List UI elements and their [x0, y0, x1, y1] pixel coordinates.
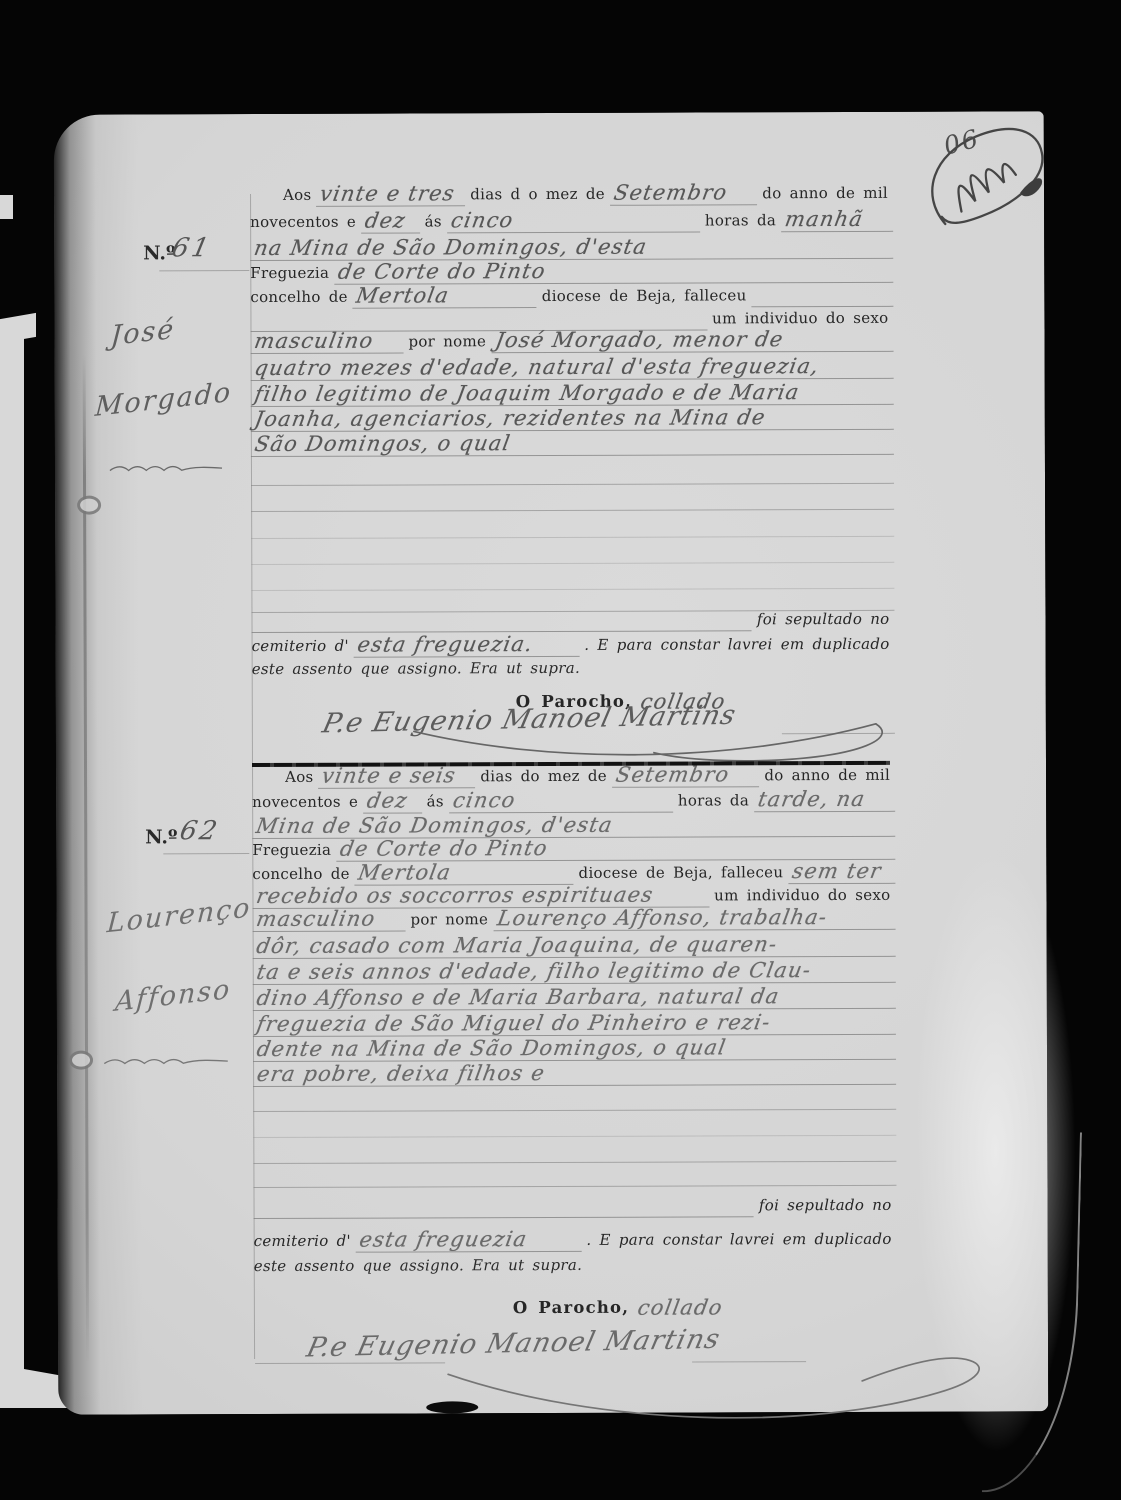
- entry-line-cemiterio: cemiterio d' esta freguezia. . E para co…: [252, 630, 895, 658]
- facing-page-edge: [0, 338, 24, 1406]
- facing-page-fragment: [0, 195, 13, 219]
- margin-squiggle: [107, 462, 225, 474]
- entry-line-sepultado: foi sepultado no: [251, 605, 894, 633]
- entry-line-hour: novecentos e dez ás cinco horas da tarde…: [252, 786, 895, 814]
- printed-label-novecentos: novecentos e: [252, 793, 363, 814]
- handwritten-text: ta e seis annos d'edade, filho legitimo …: [253, 959, 896, 985]
- printed-label-cemiterio: cemiterio d': [254, 1232, 356, 1253]
- handwritten-period: tarde, na: [754, 788, 895, 812]
- handwritten-month: Setembro: [612, 763, 759, 788]
- handwritten-text: dente na Mina de São Domingos, o qual: [253, 1036, 896, 1062]
- blank-rule: [251, 483, 894, 486]
- printed-label-sepultado: foi sepultado no: [754, 1196, 897, 1217]
- entry-body-line: quatro mezes d'edade, natural d'esta fre…: [251, 353, 894, 381]
- entry-line-parocho: O Parocho, collado: [513, 1293, 813, 1320]
- entry-body-line: filho legitimo de Joaquim Morgado e de M…: [251, 379, 894, 407]
- entry-body-line: São Domingos, o qual: [251, 429, 894, 457]
- margin-deceased-first-name: José: [110, 314, 177, 352]
- handwritten-sex: masculino: [253, 908, 406, 933]
- entry-body-line: ta e seis annos d'edade, filho legitimo …: [253, 957, 896, 985]
- entry-body-line: dôr, casado com Maria Joaquina, de quare…: [253, 931, 896, 959]
- printed-label-assento: este assento que assigno. Era ut supra.: [252, 659, 580, 678]
- handwritten-text: filho legitimo de Joaquim Morgado e de M…: [251, 381, 894, 407]
- entry-body-line: era pobre, deixa filhos e: [253, 1059, 896, 1087]
- handwritten-text: dôr, casado com Maria Joaquina, de quare…: [253, 933, 896, 959]
- handwritten-deceased-name: José Morgado, menor de: [491, 328, 893, 353]
- handwritten-cemetery: esta freguezia: [356, 1228, 581, 1253]
- archivist-rubric-signature: [910, 117, 1060, 233]
- blank-rule: [253, 1135, 896, 1138]
- handwritten-day: vinte e tres: [316, 182, 465, 207]
- handwritten-deceased-name: Lourenço Affonso, trabalha-: [493, 906, 895, 931]
- printed-label-as: ás: [422, 792, 449, 813]
- blank-rule: [253, 1185, 896, 1188]
- printed-label-as: ás: [420, 212, 447, 233]
- entry-line-cemiterio: cemiterio d' esta freguezia . E para con…: [254, 1225, 897, 1253]
- handwritten-month: Setembro: [610, 181, 757, 206]
- printed-label-constar: . E para constar lavrei em duplicado: [581, 1230, 896, 1252]
- printed-label-anno: do anno de mil: [757, 184, 893, 205]
- entry-number-value: 61: [169, 233, 214, 263]
- margin-deceased-first-name: Lourenço: [106, 892, 252, 939]
- entry-body-line: dente na Mina de São Domingos, o qual: [253, 1034, 896, 1062]
- blank-rule: [253, 1109, 896, 1112]
- handwritten-day: vinte e seis: [318, 764, 475, 789]
- entry-number-rule: [159, 270, 249, 271]
- printed-label-cemiterio: cemiterio d': [252, 637, 354, 658]
- margin-squiggle: [101, 1055, 231, 1067]
- entry-line-date: Aos vinte e seis dias do mez de Setembro…: [285, 761, 895, 789]
- printed-label-dias: dias do mez de: [475, 767, 612, 788]
- printed-label-dias: dias d o mez de: [465, 185, 610, 207]
- handwritten-hour: cinco: [447, 208, 700, 233]
- entry-body-line: Joanha, agenciarios, rezidentes na Mina …: [251, 404, 894, 432]
- blank-rule: [253, 1161, 896, 1164]
- signature-rule: [255, 1362, 445, 1364]
- printed-label-parocho: O Parocho,: [513, 1298, 634, 1320]
- entry-line-name: masculino por nome Lourenço Affonso, tra…: [252, 904, 895, 932]
- blank-rule: [251, 588, 894, 591]
- handwritten-cemetery: esta freguezia.: [354, 633, 579, 658]
- margin-deceased-last-name: Affonso: [114, 974, 232, 1018]
- handwritten-text: São Domingos, o qual: [251, 431, 894, 457]
- entry-number-value: 62: [177, 816, 222, 846]
- printed-label-assento: este assento que assigno. Era ut supra.: [254, 1256, 582, 1275]
- handwritten-text: era pobre, deixa filhos e: [253, 1061, 896, 1087]
- entry-line-date: Aos vinte e tres dias d o mez de Setembr…: [283, 179, 893, 207]
- printed-label-aos: Aos: [283, 186, 317, 207]
- printed-label-horas: horas da: [700, 211, 781, 232]
- blank-rule: [251, 536, 894, 539]
- handwritten-sex: masculino: [250, 330, 403, 355]
- binding-hole: [77, 496, 101, 515]
- entry-line-hour: novecentos e dez ás cinco horas da manhã: [250, 206, 893, 234]
- entry-number-label: N.º: [145, 826, 177, 848]
- handwritten-period: manhã: [781, 208, 893, 232]
- handwritten-year: dez: [361, 209, 420, 233]
- blank-rule: [251, 562, 894, 565]
- printed-label-sepultado: foi sepultado no: [752, 610, 895, 631]
- printed-label-novecentos: novecentos e: [250, 213, 361, 234]
- blank-rule: [251, 509, 894, 512]
- printed-label-constar: . E para constar lavrei em duplicado: [579, 635, 894, 657]
- handwritten-text: dino Affonso e de Maria Barbara, natural…: [253, 985, 896, 1011]
- printed-label-por-nome: por nome: [405, 910, 493, 931]
- handwritten-text: freguezia de São Miguel do Pinheiro e re…: [253, 1011, 896, 1037]
- handwritten-text: quatro mezes d'edade, natural d'esta fre…: [251, 355, 894, 381]
- printed-label-por-nome: por nome: [403, 332, 491, 353]
- blank-segment: [254, 1216, 754, 1219]
- binding-hole: [69, 1051, 93, 1070]
- signature-flourish: [438, 1336, 998, 1433]
- margin-deceased-last-name: Morgado: [94, 377, 233, 423]
- printed-label-aos: Aos: [285, 768, 319, 789]
- register-scan: 06 N.º 61 José Morgado Aos vinte e tres …: [0, 0, 1121, 1500]
- handwritten-hour: cinco: [449, 789, 673, 814]
- entry-number-rule: [163, 853, 249, 854]
- handwritten-text: Joanha, agenciarios, rezidentes na Mina …: [251, 406, 894, 432]
- entry-line-name: masculino por nome José Morgado, menor d…: [250, 326, 893, 354]
- printed-label-horas: horas da: [673, 791, 754, 812]
- entry-line-sepultado: foi sepultado no: [253, 1191, 896, 1219]
- handwritten-parocho-note: collado: [634, 1296, 727, 1319]
- entry-body-line: freguezia de São Miguel do Pinheiro e re…: [253, 1009, 896, 1037]
- handwritten-year: dez: [363, 789, 422, 813]
- printed-label-anno: do anno de mil: [759, 766, 895, 787]
- document-page: 06 N.º 61 José Morgado Aos vinte e tres …: [54, 111, 1049, 1414]
- entry-body-line: dino Affonso e de Maria Barbara, natural…: [253, 983, 896, 1011]
